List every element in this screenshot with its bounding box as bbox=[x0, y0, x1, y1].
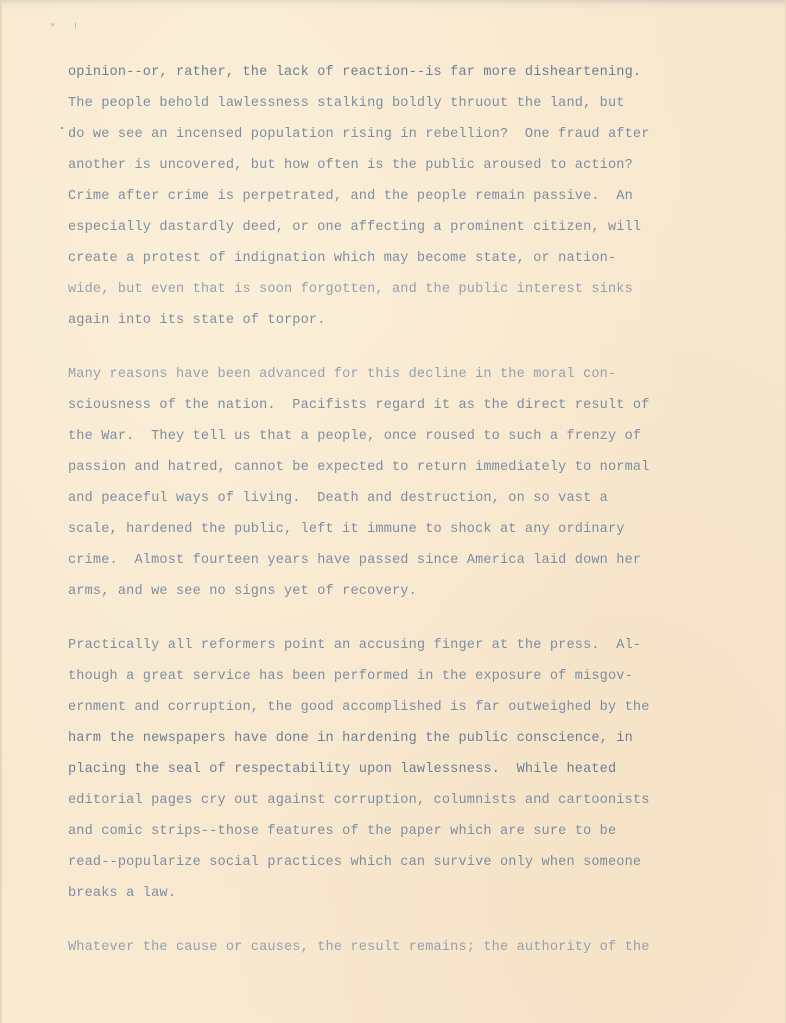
text-line: the War. They tell us that a people, onc… bbox=[68, 421, 768, 452]
text-line: Practically all reformers point an accus… bbox=[68, 630, 768, 661]
text-line: sciousness of the nation. Pacifists rega… bbox=[68, 390, 768, 421]
text-line: Many reasons have been advanced for this… bbox=[68, 359, 768, 390]
text-line: placing the seal of respectability upon … bbox=[68, 754, 768, 785]
text-line: crime. Almost fourteen years have passed… bbox=[68, 545, 768, 576]
text-line: breaks a law. bbox=[68, 878, 768, 909]
text-line: editorial pages cry out against corrupti… bbox=[68, 785, 768, 816]
text-line: read--popularize social practices which … bbox=[68, 847, 768, 878]
paragraph-2: Many reasons have been advanced for this… bbox=[68, 359, 768, 607]
margin-mark: . bbox=[58, 118, 66, 134]
text-line: scale, hardened the public, left it immu… bbox=[68, 514, 768, 545]
text-line: opinion--or, rather, the lack of reactio… bbox=[68, 57, 768, 88]
text-line: arms, and we see no signs yet of recover… bbox=[68, 576, 768, 607]
text-line: Crime after crime is perpetrated, and th… bbox=[68, 181, 768, 212]
text-line: Whatever the cause or causes, the result… bbox=[68, 932, 768, 963]
paragraph-3: Practically all reformers point an accus… bbox=[68, 630, 768, 909]
text-line: ernment and corruption, the good accompl… bbox=[68, 692, 768, 723]
text-line: though a great service has been performe… bbox=[68, 661, 768, 692]
text-line: again into its state of torpor. bbox=[68, 305, 768, 336]
text-line: another is uncovered, but how often is t… bbox=[68, 150, 768, 181]
corner-marks: * ! bbox=[50, 22, 84, 32]
text-line: wide, but even that is soon forgotten, a… bbox=[68, 274, 768, 305]
text-line: and comic strips--those features of the … bbox=[68, 816, 768, 847]
text-line: harm the newspapers have done in hardeni… bbox=[68, 723, 768, 754]
paragraph-1: opinion--or, rather, the lack of reactio… bbox=[68, 57, 768, 336]
text-line: especially dastardly deed, or one affect… bbox=[68, 212, 768, 243]
text-line: passion and hatred, cannot be expected t… bbox=[68, 452, 768, 483]
text-line: and peaceful ways of living. Death and d… bbox=[68, 483, 768, 514]
text-line: create a protest of indignation which ma… bbox=[68, 243, 768, 274]
text-line: do we see an incensed population rising … bbox=[68, 119, 768, 150]
paragraph-4: Whatever the cause or causes, the result… bbox=[68, 932, 768, 963]
typewritten-page: opinion--or, rather, the lack of reactio… bbox=[68, 57, 768, 986]
text-line: The people behold lawlessness stalking b… bbox=[68, 88, 768, 119]
